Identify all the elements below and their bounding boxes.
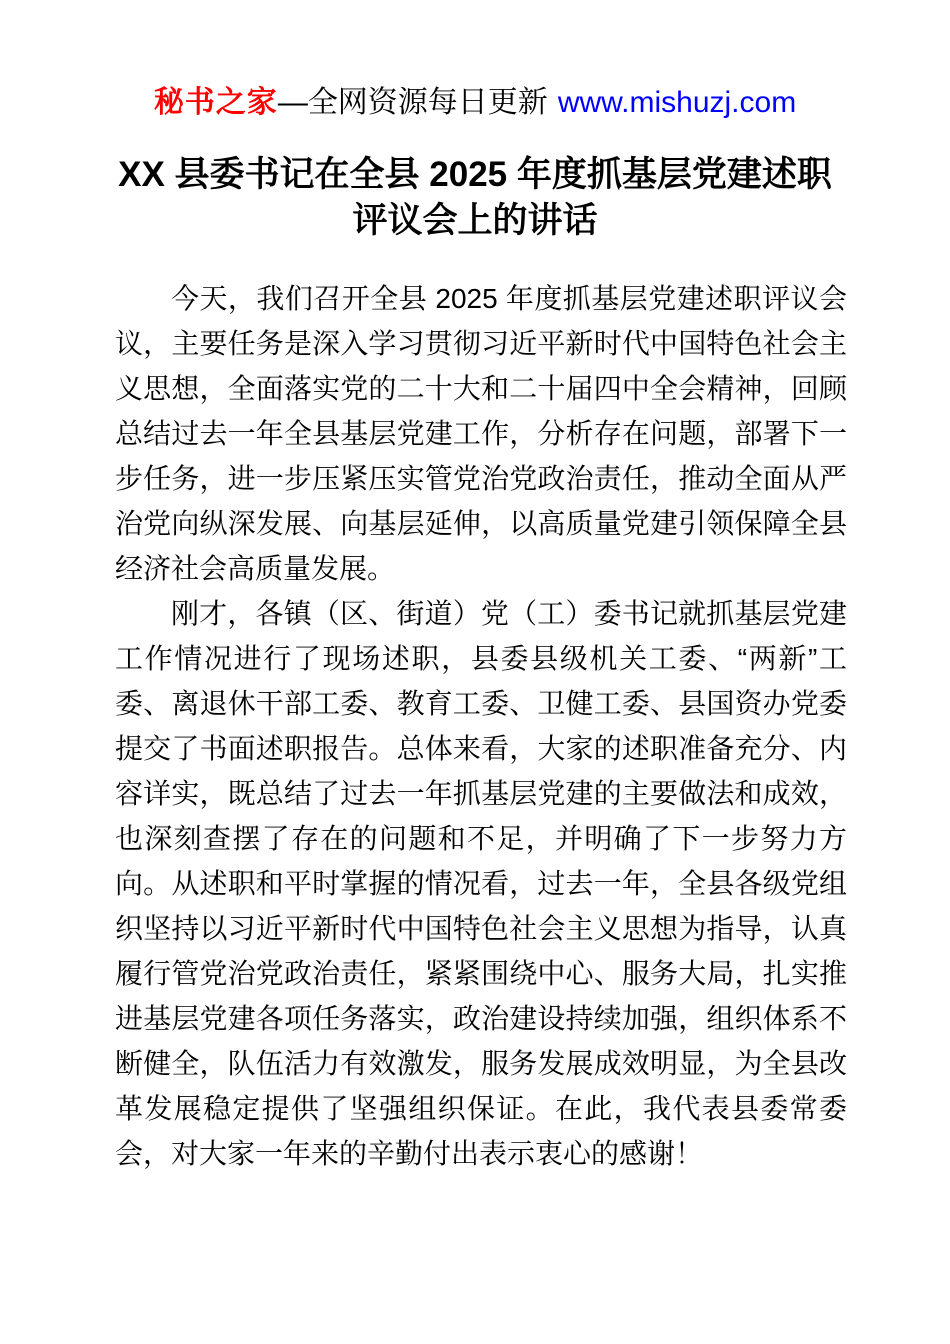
document-body: 今天，我们召开全县 2025 年度抓基层党建述职评议会议，主要任务是深入学习贯彻…	[115, 276, 847, 1176]
header-url-link[interactable]: www.mishuzj.com	[558, 86, 796, 119]
site-header: 秘书之家—全网资源每日更新www.mishuzj.com	[0, 0, 950, 122]
document-page: 秘书之家—全网资源每日更新www.mishuzj.com XX 县委书记在全县 …	[0, 0, 950, 1344]
paragraph-2: 刚才，各镇（区、街道）党（工）委书记就抓基层党建工作情况进行了现场述职，县委县级…	[115, 591, 847, 1176]
site-brand: 秘书之家	[154, 86, 278, 119]
header-dash: —	[278, 86, 308, 119]
header-tagline: 全网资源每日更新	[308, 86, 548, 119]
document-title: XX 县委书记在全县 2025 年度抓基层党建述职评议会上的讲话	[105, 152, 845, 244]
paragraph-1: 今天，我们召开全县 2025 年度抓基层党建述职评议会议，主要任务是深入学习贯彻…	[115, 276, 847, 591]
